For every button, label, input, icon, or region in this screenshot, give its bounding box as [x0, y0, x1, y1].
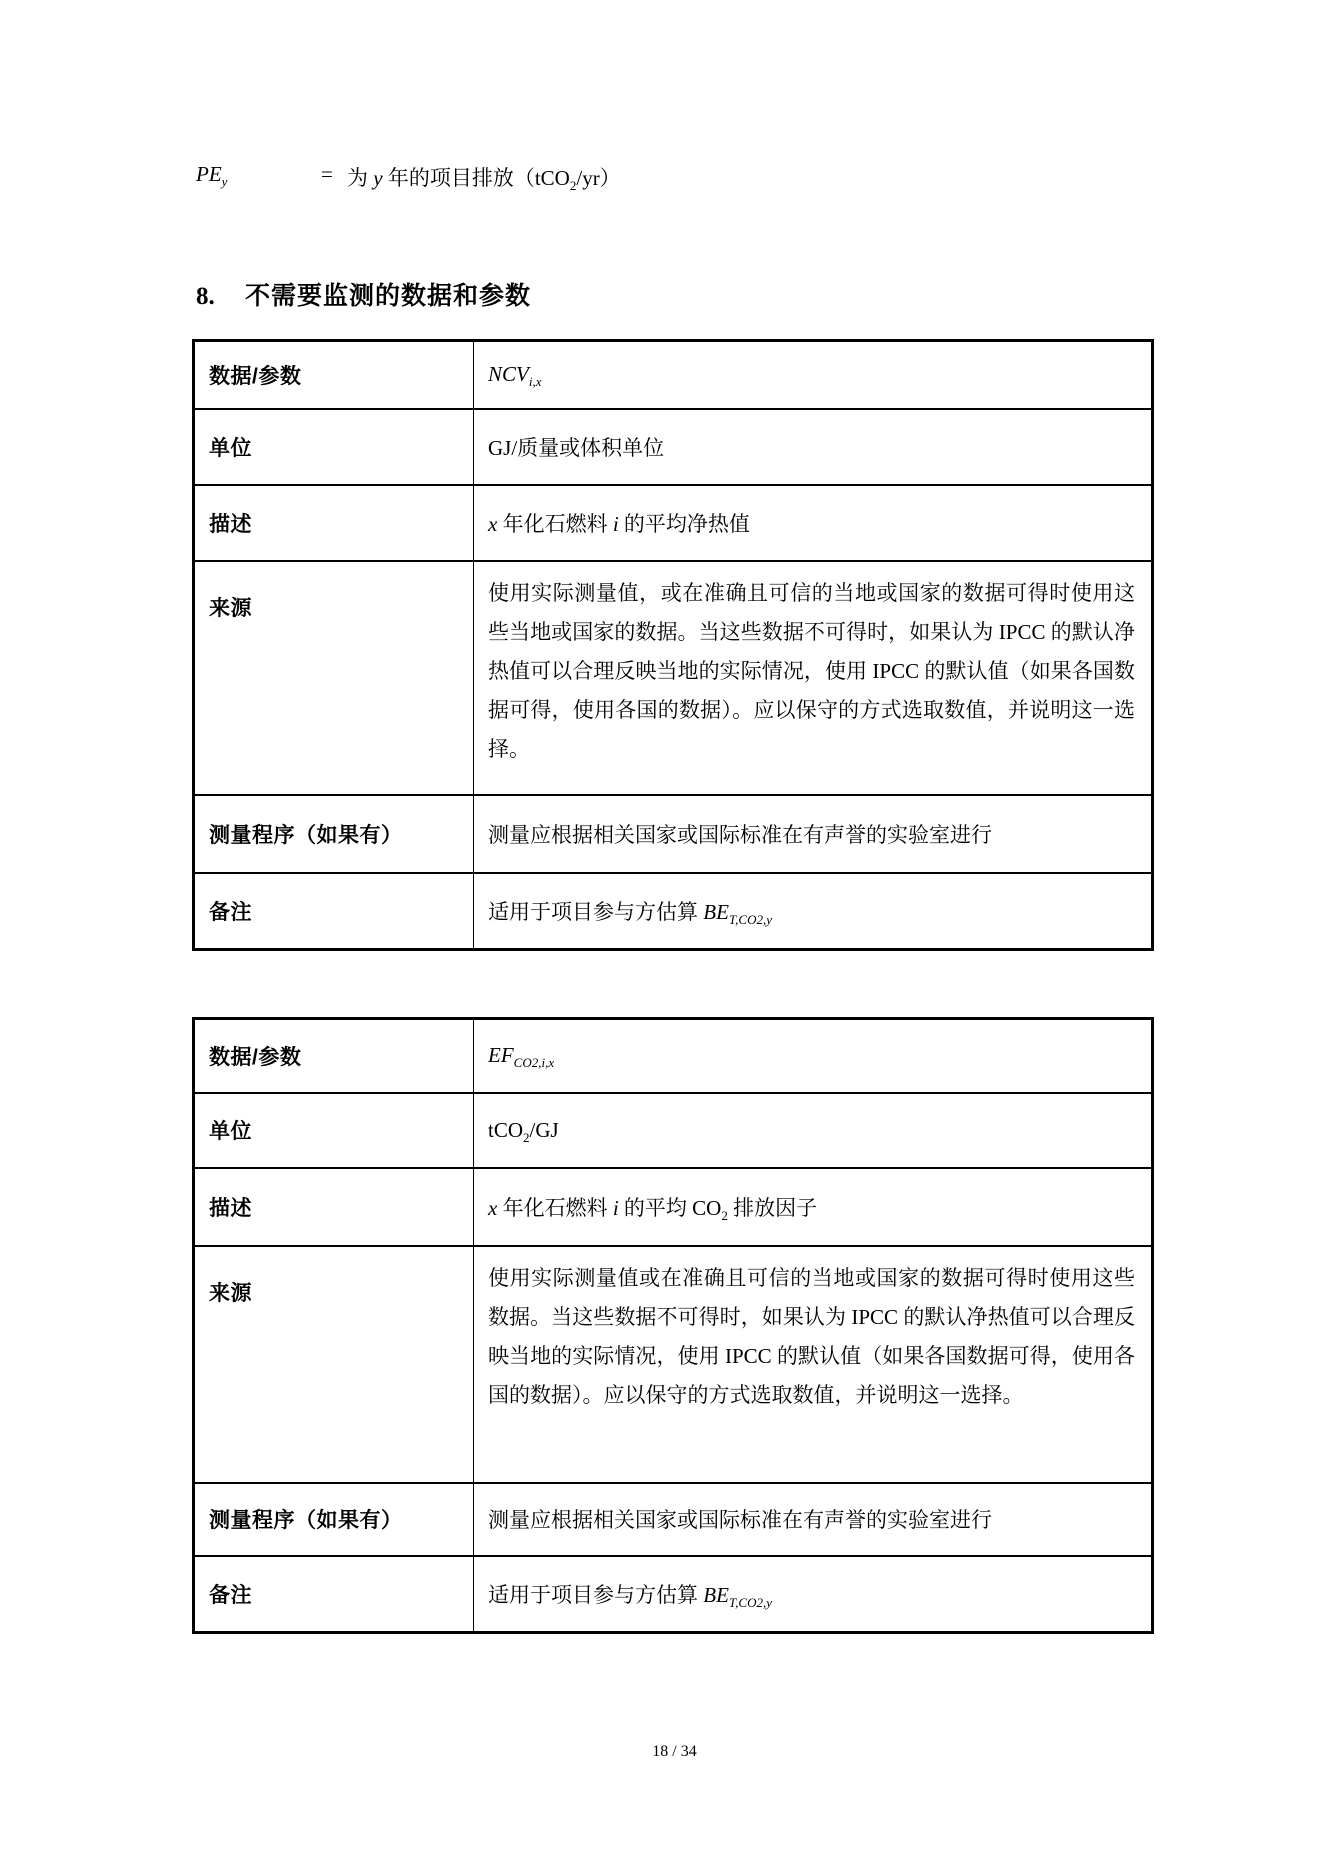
row-label-parameter: 数据/参数 — [194, 1019, 474, 1093]
row-label-remark: 备注 — [194, 873, 474, 950]
row-label-parameter: 数据/参数 — [194, 341, 474, 409]
formula-lhs: PEy — [196, 162, 227, 187]
formula-line: PEy = 为 y 年的项目排放（tCO2/yr） — [196, 162, 1096, 192]
table-row-remark: 备注 适用于项目参与方估算 BET,CO2,y — [194, 1556, 1153, 1633]
section-heading: 8.不需要监测的数据和参数 — [196, 276, 531, 312]
table-row-procedure: 测量程序（如果有） 测量应根据相关国家或国际标准在有声誉的实验室进行 — [194, 795, 1153, 873]
parameter-table-ef: 数据/参数 EFCO2,i,x 单位 tCO2/GJ 描述 x 年化石燃料 i … — [192, 1017, 1154, 1634]
parameter-table-ncv: 数据/参数 NCVi,x 单位 GJ/质量或体积单位 描述 x 年化石燃料 i … — [192, 339, 1154, 951]
row-value-parameter: NCVi,x — [474, 341, 1153, 409]
row-value-description: x 年化石燃料 i 的平均净热值 — [474, 485, 1153, 561]
row-value-unit: tCO2/GJ — [474, 1093, 1153, 1168]
row-label-source: 来源 — [194, 1246, 474, 1483]
row-label-procedure: 测量程序（如果有） — [194, 1483, 474, 1556]
row-label-unit: 单位 — [194, 409, 474, 485]
row-value-remark: 适用于项目参与方估算 BET,CO2,y — [474, 1556, 1153, 1633]
page-number: 18 / 34 — [0, 1743, 1323, 1761]
row-value-source: 使用实际测量值，或在准确且可信的当地或国家的数据可得时使用这些当地或国家的数据。… — [474, 561, 1153, 795]
table-row-remark: 备注 适用于项目参与方估算 BET,CO2,y — [194, 873, 1153, 950]
table-row-description: 描述 x 年化石燃料 i 的平均净热值 — [194, 485, 1153, 561]
row-label-description: 描述 — [194, 1168, 474, 1246]
row-value-procedure: 测量应根据相关国家或国际标准在有声誉的实验室进行 — [474, 795, 1153, 873]
row-value-procedure: 测量应根据相关国家或国际标准在有声誉的实验室进行 — [474, 1483, 1153, 1556]
table-row-source: 来源 使用实际测量值，或在准确且可信的当地或国家的数据可得时使用这些当地或国家的… — [194, 561, 1153, 795]
table-row-unit: 单位 GJ/质量或体积单位 — [194, 409, 1153, 485]
section-number: 8. — [196, 283, 245, 311]
table-row-source: 来源 使用实际测量值或在准确且可信的当地或国家的数据可得时使用这些数据。当这些数… — [194, 1246, 1153, 1483]
row-label-source: 来源 — [194, 561, 474, 795]
formula-equals: = — [321, 162, 333, 187]
row-value-parameter: EFCO2,i,x — [474, 1019, 1153, 1093]
row-value-unit: GJ/质量或体积单位 — [474, 409, 1153, 485]
row-value-description: x 年化石燃料 i 的平均 CO2 排放因子 — [474, 1168, 1153, 1246]
table-row-unit: 单位 tCO2/GJ — [194, 1093, 1153, 1168]
table-row-procedure: 测量程序（如果有） 测量应根据相关国家或国际标准在有声誉的实验室进行 — [194, 1483, 1153, 1556]
row-value-source: 使用实际测量值或在准确且可信的当地或国家的数据可得时使用这些数据。当这些数据不可… — [474, 1246, 1153, 1483]
formula-rhs: 为 y 年的项目排放（tCO2/yr） — [347, 162, 621, 192]
row-label-remark: 备注 — [194, 1556, 474, 1633]
document-page: PEy = 为 y 年的项目排放（tCO2/yr） 8.不需要监测的数据和参数 … — [0, 0, 1323, 1871]
table-row-parameter: 数据/参数 EFCO2,i,x — [194, 1019, 1153, 1093]
section-title: 不需要监测的数据和参数 — [245, 282, 531, 310]
row-label-description: 描述 — [194, 485, 474, 561]
table-row-parameter: 数据/参数 NCVi,x — [194, 341, 1153, 409]
row-label-unit: 单位 — [194, 1093, 474, 1168]
row-label-procedure: 测量程序（如果有） — [194, 795, 474, 873]
table-row-description: 描述 x 年化石燃料 i 的平均 CO2 排放因子 — [194, 1168, 1153, 1246]
row-value-remark: 适用于项目参与方估算 BET,CO2,y — [474, 873, 1153, 950]
